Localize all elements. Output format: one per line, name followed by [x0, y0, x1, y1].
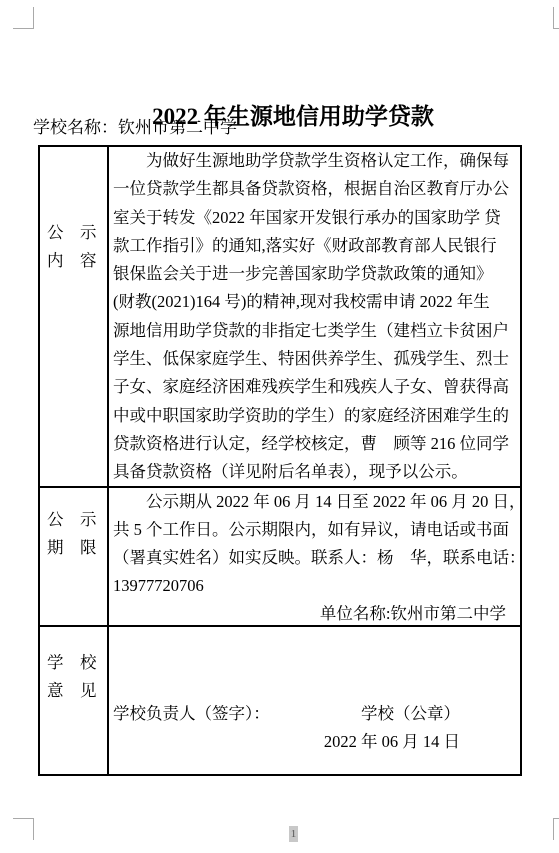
text-line: 学 校: [40, 649, 107, 677]
text-line: (财教(2021)164 号)的精神,现对我校需申请 2022 年生: [113, 288, 510, 316]
text-line: 公 示: [40, 506, 107, 534]
text-line: 意 见: [40, 677, 107, 705]
document-page: 2022 年生源地信用助学贷款 学生资格认定公示（二） 学校名称：钦州市第二中学…: [0, 0, 559, 853]
text-line: （署真实姓名）如实反映。联系人：杨 华，联系电话：: [113, 544, 510, 572]
crop-mark-bottom-right: [553, 818, 559, 840]
text-line: 一位贷款学生都具备贷款资格，根据自治区教育厅办公: [113, 175, 510, 203]
crop-mark-top-left: [13, 7, 34, 29]
row-label-notice-period: 公 示期 限: [40, 488, 109, 625]
text-line: 共 5 个工作日。公示期限内，如有异议，请电话或书面: [113, 516, 510, 544]
text-line: 为做好生源地助学贷款学生资格认定工作，确保每: [113, 147, 510, 175]
text-line: 学生、低保家庭学生、特困供养学生、孤残学生、烈士: [113, 345, 510, 373]
text-line: 款工作指引》的通知,落实好《财政部教育部人民银行: [113, 232, 510, 260]
text-line: 源地信用助学贷款的非指定七类学生（建档立卡贫困户: [113, 317, 510, 345]
notice-period-cell: 公示期从 2022 年 06 月 14 日至 2022 年 06 月 20 日，…: [109, 488, 520, 625]
page-number-field: 1: [289, 826, 298, 842]
school-seal-label: 学校（公章）: [361, 700, 460, 728]
text-line: 银保监会关于进一步完善国家助学贷款政策的通知》: [113, 260, 510, 288]
crop-mark-bottom-left: [13, 818, 34, 840]
text-line: 13977720706: [113, 572, 510, 600]
text-line: 公 示: [40, 219, 107, 247]
text-line: 室关于转发《2022 年国家开发银行承办的国家助学 贷: [113, 204, 510, 232]
text-line: 贷款资格进行认定，经学校核定，曹 顾等 216 位同学: [113, 430, 510, 458]
unit-name-line: 单位名称:钦州市第二中学: [113, 600, 510, 628]
principal-signature-label: 学校负责人（签字）：: [113, 700, 270, 728]
school-opinion-cell: 学校负责人（签字）： 学校（公章） 2022 年 06 月 14 日: [109, 627, 520, 774]
row-label-notice-content: 公 示内 容: [40, 147, 109, 486]
notice-table: 公 示内 容 为做好生源地助学贷款学生资格认定工作，确保每一位贷款学生都具备贷款…: [38, 145, 522, 776]
opinion-date-line: 2022 年 06 月 14 日: [113, 728, 510, 756]
school-name-line: 学校名称：钦州市第二中学: [33, 116, 237, 140]
text-line: 子女、家庭经济困难残疾学生和残疾人子女、曾获得高: [113, 373, 510, 401]
signature-line: 学校负责人（签字）： 学校（公章）: [113, 700, 510, 728]
table-row-notice-period: 公 示期 限 公示期从 2022 年 06 月 14 日至 2022 年 06 …: [40, 486, 520, 625]
table-row-school-opinion: 学 校意 见 学校负责人（签字）： 学校（公章） 2022 年 06 月 14 …: [40, 625, 520, 774]
notice-period-text: 公示期从 2022 年 06 月 14 日至 2022 年 06 月 20 日，…: [113, 488, 510, 600]
crop-mark-top-right: [553, 7, 559, 29]
notice-content-text: 为做好生源地助学贷款学生资格认定工作，确保每一位贷款学生都具备贷款资格，根据自治…: [109, 147, 520, 486]
row-label-school-opinion: 学 校意 见: [40, 627, 109, 774]
table-row-notice-content: 公 示内 容 为做好生源地助学贷款学生资格认定工作，确保每一位贷款学生都具备贷款…: [40, 147, 520, 486]
text-line: 公示期从 2022 年 06 月 14 日至 2022 年 06 月 20 日，: [113, 488, 510, 516]
text-line: 具备贷款资格（详见附后名单表），现予以公示。: [113, 458, 510, 486]
text-line: 期 限: [40, 534, 107, 562]
text-line: 中或中职国家助学资助的学生）的家庭经济困难学生的: [113, 402, 510, 430]
text-line: 内 容: [40, 247, 107, 275]
